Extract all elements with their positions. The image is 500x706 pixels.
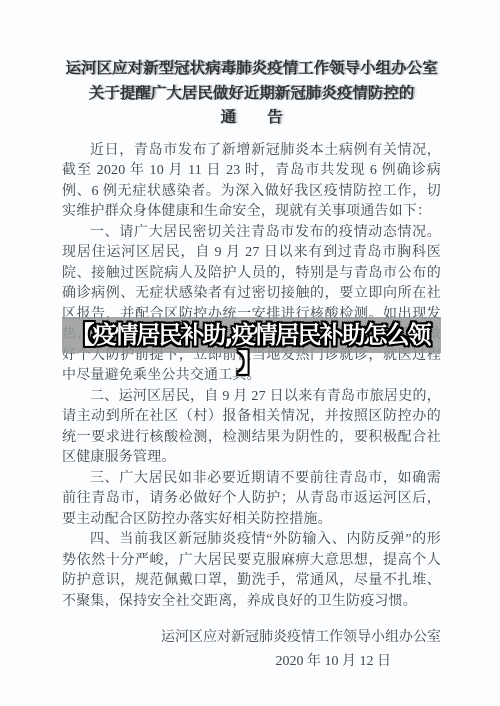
notice-paragraph-item-3: 三、广大居民如非必要近期请不要前往青岛市，如确需前往青岛市，请务必做好个人防护；… bbox=[62, 469, 441, 531]
notice-paragraph-item-2: 二、运河区居民，自 9 月 27 日以来有青岛市旅居史的，请主动到所在社区（村）… bbox=[62, 387, 441, 469]
notice-document: 运河区应对新型冠状病毒肺炎疫情工作领导小组办公室 关于提醒广大居民做好近期新冠肺… bbox=[0, 0, 500, 706]
notice-title: 运河区应对新型冠状病毒肺炎疫情工作领导小组办公室 关于提醒广大居民做好近期新冠肺… bbox=[62, 57, 441, 131]
notice-title-line-2: 关于提醒广大居民做好近期新冠肺炎疫情防控的 bbox=[62, 82, 441, 107]
notice-paragraph-item-4: 四、当前我区新冠肺炎疫情“外防输入、内防反弹”的形势依然十分严峻，广大居民要克服… bbox=[62, 530, 441, 612]
notice-title-line-3: 通 告 bbox=[62, 106, 441, 131]
caption-overlay-text: 【疫情居民补助,疫情居民补助怎么领 bbox=[0, 319, 500, 351]
caption-overlay-closing-bracket: 】 bbox=[0, 348, 500, 378]
notice-signature: 运河区应对新冠肺炎疫情工作领导小组办公室 bbox=[62, 627, 441, 648]
notice-title-line-1: 运河区应对新型冠状病毒肺炎疫情工作领导小组办公室 bbox=[62, 57, 441, 82]
notice-paragraph-intro: 近日，青岛市发布了新增新冠肺炎本土病例有关情况，截至 2020 年 10 月 1… bbox=[62, 141, 441, 223]
notice-date: 2020 年 10 月 12 日 bbox=[62, 651, 441, 672]
